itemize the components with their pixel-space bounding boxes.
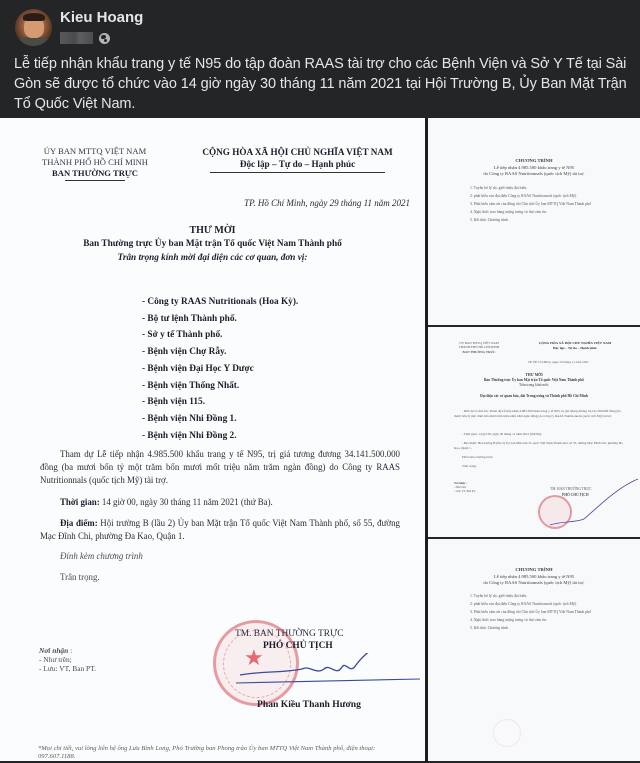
program-item: 4. Nghi thức trao bảng tượng trưng và th… xyxy=(470,616,635,624)
post-timestamp-blurred[interactable] xyxy=(60,32,93,44)
thumb-subtitle-2: do Công ty RAAS Nutritionnals (quốc tịch… xyxy=(428,171,640,177)
post-meta xyxy=(60,31,110,45)
program-item: 1. Tuyên bố lý do, giới thiệu đại biểu. xyxy=(470,184,635,192)
recipients-title: Nơi nhận xyxy=(39,646,68,655)
program-item: 2. phát biểu của đại diện Công ty RAAS N… xyxy=(470,600,635,608)
national-motto: Độc lập – Tự do – Hạnh phúc xyxy=(180,158,415,170)
doc-date: TP. Hồ Chí Minh, ngày 29 tháng 11 năm 20… xyxy=(190,198,410,208)
program-item: 4. Nghi thức trao bảng tượng trưng và th… xyxy=(470,208,635,216)
invitee-list: - Công ty RAAS Nutritionals (Hoa Kỳ). - … xyxy=(142,294,298,444)
invitee-item: - Sở y tế Thành phố. xyxy=(142,327,298,344)
program-item: 1. Tuyên bố lý do, giới thiệu đại biểu. xyxy=(470,592,635,600)
program-item: 2. phát biểu của đại diện Công ty RAAS N… xyxy=(470,192,635,200)
thumb-regards: Trân trọng. xyxy=(462,464,477,469)
issuer-line-3: BAN THƯỜNG TRỰC xyxy=(20,168,170,179)
invitee-item: - Bệnh viện Thống Nhất. xyxy=(142,378,298,395)
doc-national-header: CỘNG HÒA XÃ HỘI CHỦ NGHĨA VIỆT NAM Độc l… xyxy=(180,146,415,173)
thumb-national-line: Độc lập – Tự do – Hạnh phúc xyxy=(520,346,630,351)
doc-title: THƯ MỜI xyxy=(0,225,425,236)
program-item: 5. Kết thúc Chương trình xyxy=(470,216,635,224)
thumb-issuer-line: BAN THƯỜNG TRỰC xyxy=(454,350,504,354)
thumb-date: TP. Hồ Chí Minh, ngày 29 tháng 11 năm 20… xyxy=(528,360,589,365)
invitee-item: - Bệnh viện Nhi Đồng 2. xyxy=(142,428,298,445)
thumb-program-list: 1. Tuyên bố lý do, giới thiệu đại biểu. … xyxy=(470,184,635,224)
thumb-program-list: 1. Tuyên bố lý do, giới thiệu đại biểu. … xyxy=(470,592,635,632)
thumbnail-press-invitation[interactable]: ỦY BAN MTTQ VIỆT NAM THÀNH PHỐ HỒ CHÍ MI… xyxy=(428,327,640,537)
thumb-time: - Thời gian: 14 giờ 00, ngày 30 tháng 11… xyxy=(454,432,624,437)
thumb-title: CHƯƠNG TRÌNH xyxy=(428,158,640,164)
main-photo-invitation-letter[interactable]: ỦY BAN MTTQ VIỆT NAM THÀNH PHỐ HỒ CHÍ MI… xyxy=(0,118,425,761)
time-label: Thời gian: xyxy=(60,497,100,507)
program-item: 5. Kết thúc Chương trình xyxy=(470,624,635,632)
sign-role: PHÓ CHỦ TỊCH xyxy=(263,641,333,651)
thumb-recipient-item: - Lưu: VT, Ban PT. xyxy=(454,490,476,494)
thumb-recipients: Nơi nhận : - Như trên; - Lưu: VT, Ban PT… xyxy=(454,482,476,493)
post-text: Lễ tiếp nhận khẩu trang y tế N95 do tập … xyxy=(14,54,630,114)
place-label: Địa điểm: xyxy=(60,518,98,528)
doc-footnote: *Mọi chi tiết, vui lòng liên hệ ông Lưu … xyxy=(38,745,378,761)
sign-org: TM. BAN THƯỜNG TRỰC xyxy=(235,629,343,639)
doc-issuer-header: ỦY BAN MTTQ VIỆT NAM THÀNH PHỐ HỒ CHÍ MI… xyxy=(20,146,170,181)
author-avatar[interactable] xyxy=(15,9,52,46)
thumb-place: - Địa điểm: Hội trường B (lầu 2) Ủy ban … xyxy=(454,441,624,450)
issuer-line-2: THÀNH PHỐ HỒ CHÍ MINH xyxy=(20,157,170,168)
thumb-body: - Đến dự và đưa tin: Tham dự Lễ tiếp nhậ… xyxy=(454,409,624,418)
invitee-item: - Bệnh viện Nhi Đồng 1. xyxy=(142,411,298,428)
photo-gallery: ỦY BAN MTTQ VIỆT NAM THÀNH PHỐ HỒ CHÍ MI… xyxy=(0,118,640,763)
invitee-item: - Bệnh viện Đại Học Y Dược xyxy=(142,361,298,378)
invitee-item: - Bệnh viện Chợ Rẫy. xyxy=(142,344,298,361)
thumb-national-header: CỘNG HÒA XÃ HỘI CHỦ NGHĨA VIỆT NAM Độc l… xyxy=(520,341,630,350)
post-header: Kieu Hoang xyxy=(0,0,640,52)
avatar-shirt xyxy=(17,37,51,46)
thumb-recipient-line: Đại diện các cơ quan báo, đài Trung ương… xyxy=(428,394,640,399)
time-value: 14 giờ 00, ngày 30 tháng 11 năm 2021 (th… xyxy=(100,497,273,507)
globe-icon[interactable] xyxy=(99,33,110,44)
national-rule xyxy=(210,172,385,173)
thumb-faint-seal xyxy=(493,719,521,747)
doc-body: Tham dự Lễ tiếp nhận 4.985.500 khẩu tran… xyxy=(40,448,400,486)
avatar-hair xyxy=(23,13,45,21)
handwritten-signature xyxy=(232,653,422,693)
thumb-invite-line: Trân trọng kính mời: xyxy=(428,383,640,388)
doc-time: Thời gian: 14 giờ 00, ngày 30 tháng 11 n… xyxy=(40,496,400,509)
thumb-attachment: Đính kèm chương trình xyxy=(462,455,493,460)
invitee-item: - Công ty RAAS Nutritionals (Hoa Kỳ). xyxy=(142,294,298,311)
thumb-signature xyxy=(548,477,640,527)
doc-place: Địa điểm: Hội trường B (lầu 2) Ủy ban Mặ… xyxy=(40,517,400,543)
doc-regards: Trân trọng. xyxy=(60,571,420,584)
program-item: 3. Phát biểu cảm ơn của đồng chí Chủ tịc… xyxy=(470,200,635,208)
issuer-line-1: ỦY BAN MTTQ VIỆT NAM xyxy=(20,146,170,157)
author-name[interactable]: Kieu Hoang xyxy=(60,9,143,26)
thumb-title: CHƯƠNG TRÌNH xyxy=(428,567,640,573)
doc-recipients: Nơi nhận : - Như trên; - Lưu: VT, Ban PT… xyxy=(39,646,96,673)
doc-attachment: Đính kèm chương trình xyxy=(60,550,420,563)
recipient-item: - Lưu: VT, Ban PT. xyxy=(39,664,96,673)
doc-invite-line: Trân trọng kính mời đại diện các cơ quan… xyxy=(0,252,425,262)
invitee-item: - Bộ tư lệnh Thành phố. xyxy=(142,311,298,328)
thumb-issuer-header: ỦY BAN MTTQ VIỆT NAM THÀNH PHỐ HỒ CHÍ MI… xyxy=(454,341,504,354)
thumbnail-program-2[interactable]: CHƯƠNG TRÌNH Lễ tiếp nhận 4.985.500 khẩu… xyxy=(428,539,640,761)
thumb-subtitle-2: do Công ty RAAS Nutritionnals (quốc tịch… xyxy=(428,580,640,586)
invitee-item: - Bệnh viện 115. xyxy=(142,394,298,411)
program-item: 3. Phát biểu cảm ơn của đồng chí Chủ tịc… xyxy=(470,608,635,616)
signer-name: Phan Kiều Thanh Hương xyxy=(257,699,361,710)
doc-subtitle: Ban Thường trực Ủy ban Mặt trận Tổ quốc … xyxy=(0,239,425,249)
recipients-colon: : xyxy=(68,646,72,655)
recipient-item: - Như trên; xyxy=(39,655,96,664)
national-title: CỘNG HÒA XÃ HỘI CHỦ NGHĨA VIỆT NAM xyxy=(180,146,415,158)
issuer-rule xyxy=(65,180,125,181)
thumbnail-program-1[interactable]: CHƯƠNG TRÌNH Lễ tiếp nhận 4.985.500 khẩu… xyxy=(428,118,640,325)
